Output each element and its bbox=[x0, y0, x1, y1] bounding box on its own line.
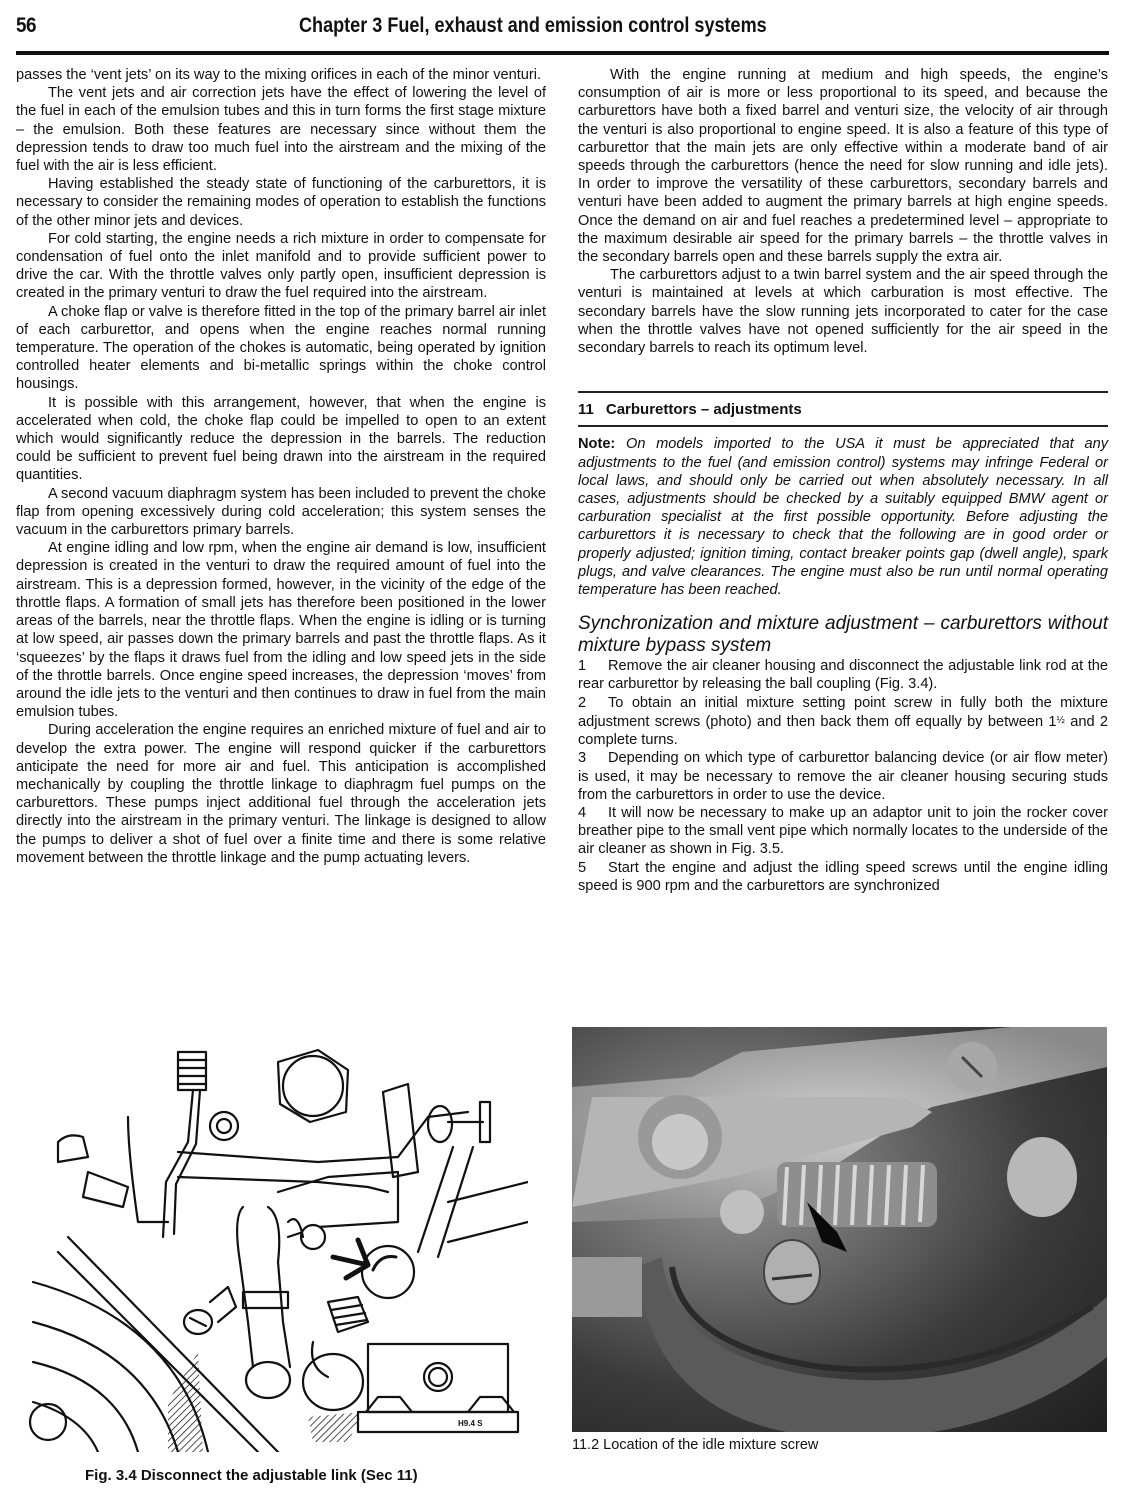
note: Note: On models imported to the USA it m… bbox=[578, 435, 1108, 599]
right-column: With the engine running at medium and hi… bbox=[578, 66, 1108, 895]
photo-11-2 bbox=[572, 1027, 1107, 1432]
header-rule bbox=[16, 51, 1109, 55]
step-5: 5Start the engine and adjust the idling … bbox=[578, 859, 1108, 895]
paragraph: Having established the steady state of f… bbox=[16, 175, 546, 230]
subheading: Synchronization and mixture adjustment –… bbox=[578, 613, 1108, 657]
section-rule-bottom bbox=[578, 425, 1108, 427]
note-label: Note: bbox=[578, 436, 615, 452]
figure-3-4-drawing: H9.4 S bbox=[28, 1022, 528, 1452]
step-1: 1Remove the air cleaner housing and disc… bbox=[578, 657, 1108, 693]
page-number: 56 bbox=[16, 14, 36, 38]
photo-11-2-caption: 11.2 Location of the idle mixture screw bbox=[572, 1437, 818, 1453]
paragraph: At engine idling and low rpm, when the e… bbox=[16, 539, 546, 721]
page-header: 56 Chapter 3 Fuel, exhaust and emission … bbox=[16, 14, 1109, 44]
section-title: Carburettors – adjustments bbox=[606, 401, 802, 418]
note-text: On models imported to the USA it must be… bbox=[578, 436, 1108, 598]
paragraph: During acceleration the engine requires … bbox=[16, 721, 546, 867]
paragraph: For cold starting, the engine needs a ri… bbox=[16, 230, 546, 303]
paragraph: With the engine running at medium and hi… bbox=[578, 66, 1108, 266]
paragraph: It is possible with this arrangement, ho… bbox=[16, 394, 546, 485]
figure-3-4-caption: Fig. 3.4 Disconnect the adjustable link … bbox=[85, 1467, 418, 1484]
step-2: 2To obtain an initial mixture setting po… bbox=[578, 694, 1108, 750]
step-4: 4It will now be necessary to make up an … bbox=[578, 804, 1108, 859]
chapter-title: Chapter 3 Fuel, exhaust and emission con… bbox=[299, 14, 767, 38]
section-heading: 11Carburettors – adjustments bbox=[578, 393, 1108, 425]
left-column: passes the ‘vent jets’ on its way to the… bbox=[16, 66, 546, 867]
paragraph: The carburettors adjust to a twin barrel… bbox=[578, 266, 1108, 357]
paragraph: passes the ‘vent jets’ on its way to the… bbox=[16, 66, 546, 84]
section-number: 11 bbox=[578, 401, 594, 418]
drawing-code: H9.4 S bbox=[458, 1419, 483, 1428]
step-3: 3Depending on which type of carburettor … bbox=[578, 749, 1108, 804]
paragraph: A choke flap or valve is therefore fitte… bbox=[16, 303, 546, 394]
paragraph: The vent jets and air correction jets ha… bbox=[16, 84, 546, 175]
paragraph: A second vacuum diaphragm system has bee… bbox=[16, 485, 546, 540]
